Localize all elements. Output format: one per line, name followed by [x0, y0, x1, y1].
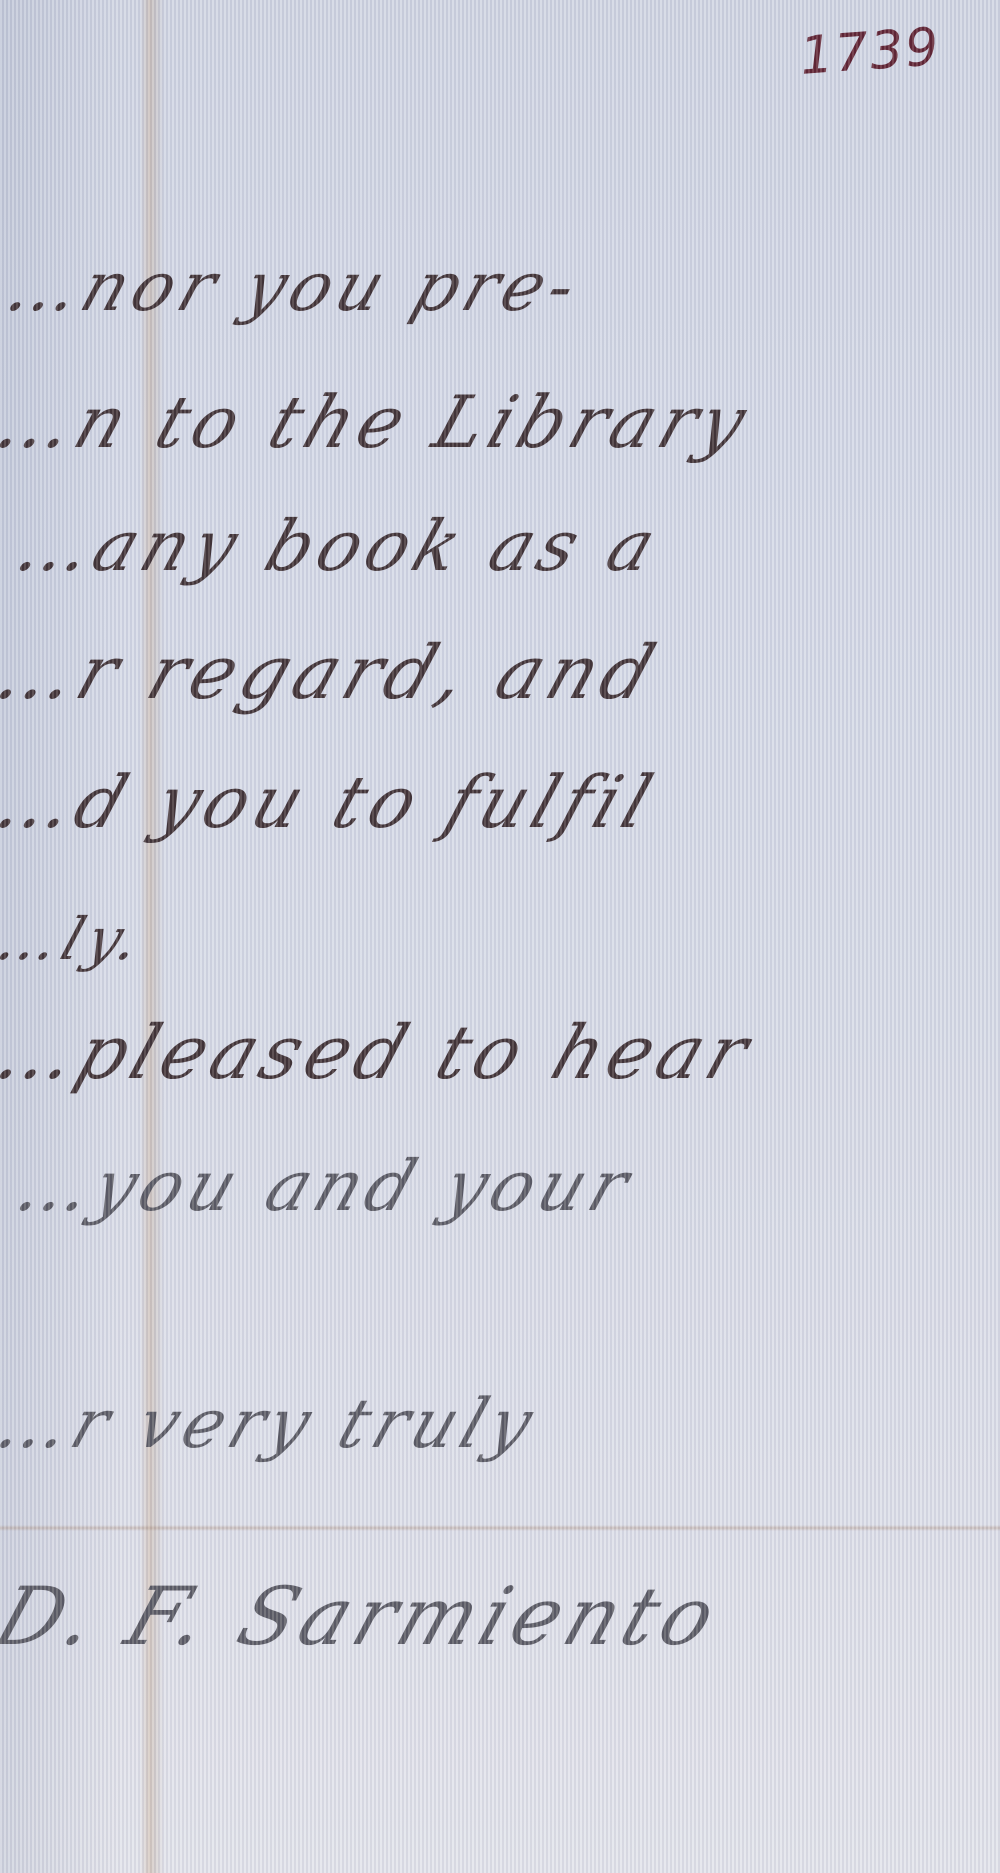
manuscript-number: 1739 — [798, 17, 942, 87]
letter-line: …nor you pre- — [0, 248, 592, 327]
letter-line: …pleased to hear — [0, 1010, 764, 1096]
closing-line: …r very truly — [0, 1385, 548, 1464]
letter-line: …any book as a — [7, 505, 672, 587]
letter-line: …d you to fulfil — [0, 760, 668, 844]
letter-line: …r regard, and — [0, 630, 670, 716]
signature: D. F. Sarmiento — [0, 1570, 733, 1663]
letter-line: …n to the Library — [0, 380, 762, 464]
letter-line: …you and your — [7, 1145, 645, 1227]
letter-line: …ly. — [0, 905, 155, 973]
horizontal-fold-crease — [0, 1525, 1000, 1531]
